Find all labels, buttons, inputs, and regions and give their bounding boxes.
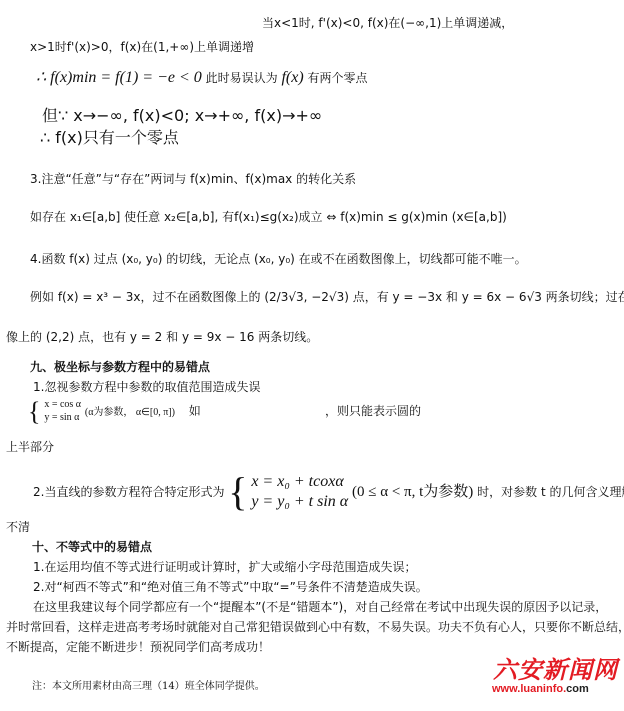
section-9-item-2-tail: 不清 — [6, 520, 30, 534]
eq-top: x = cos α — [44, 399, 81, 410]
section-9-item-1-title: 1.忽视参数方程中参数的取值范围造成失误 — [33, 380, 260, 394]
section-10-title: 十、不等式中的易错点 — [32, 540, 152, 554]
section-10-para-3: 不断提高，定能不断进步！预祝同学们高考成功！ — [6, 640, 270, 654]
footnote: 注：本文所用素材由高三理（14）班全体同学提供。 — [32, 681, 265, 693]
item-4: 4.函数 f(x) 过点 (x₀, y₀) 的切线，无论点 (x₀, y₀) 在… — [30, 252, 527, 266]
text: 2.当直线的参数方程符合特定形式为 — [33, 485, 224, 499]
text: 3.注意“任意”与“存在”两词与 f(x)min、f(x)max 的转化关系 — [30, 172, 356, 186]
math-min: ∴ f(x)min = f(1) = −e < 0 — [36, 69, 202, 86]
section-10-item-2: 2.对“柯西不等式”和“绝对值三角不等式”中取“=”号条件不清楚造成失误。 — [33, 580, 428, 594]
line-min-value: ∴ f(x)min = f(1) = −e < 0 此时易误认为 f(x) 有两… — [36, 68, 368, 87]
section-10-item-1: 1.在运用均值不等式进行证明或计算时，扩大或缩小字母范围造成失误； — [33, 560, 416, 574]
section-9-item-1-tail2: 上半部分 — [6, 440, 54, 454]
url-part: com — [566, 683, 589, 695]
line-increasing: x>1时f'(x)>0，f(x)在(1,+∞)上单调递增 — [30, 40, 254, 54]
brace-icon: { — [228, 469, 247, 514]
condition: (α为参数， α∈[0, π]) — [85, 407, 175, 418]
section-9-item-1-eq: { x = cos α y = sin α (α为参数， α∈[0, π]) 如 — [28, 396, 201, 427]
line-one-zero: ∴ f(x)只有一个零点 — [40, 128, 179, 147]
text: 例如 f(x) = x³ − 3x，过不在函数图像上的 (2/3√3, −2√3… — [30, 290, 624, 304]
item-3-example: 如存在 x₁∈[a,b] 使任意 x₂∈[a,b], 有f(x₁)≤g(x₂)成… — [30, 210, 507, 224]
eq-top: x = x₀ + tcoxα — [251, 473, 343, 490]
condition: (0 ≤ α < π, t为参数) — [352, 484, 473, 500]
text: 4.函数 f(x) 过点 (x₀, y₀) 的切线，无论点 (x₀, y₀) 在… — [30, 252, 527, 266]
eq-bottom: y = y₀ + t sin α — [251, 493, 348, 510]
item-4-example-a: 例如 f(x) = x³ − 3x，过不在函数图像上的 (2/3√3, −2√3… — [30, 290, 624, 304]
line-decreasing: 当x<1时, f'(x)<0, f(x)在(−∞,1)上单调递减， — [262, 16, 513, 30]
text: 像上的 (2,2) 点，也有 y = 2 和 y = 9x − 16 两条切线。 — [6, 330, 318, 344]
item-4-example-b: 像上的 (2,2) 点，也有 y = 2 和 y = 9x − 16 两条切线。 — [6, 330, 318, 344]
line-limits: 但∵ x→−∞, f(x)<0; x→+∞, f(x)→+∞ — [42, 106, 322, 125]
section-9-title: 九、极坐标与参数方程中的易错点 — [30, 360, 210, 374]
watermark-url: www.luaninfo.com — [492, 683, 589, 695]
section-9-item-1-tail: ，则只能表示圆的 — [325, 404, 421, 418]
watermark-logo: 六安新闻网 — [493, 650, 618, 685]
section-10-para-2: 并时常回看，这样走进高考考场时就能对自己常犯错误做到心中有数，不易失误。功夫不负… — [6, 620, 624, 634]
text: 如 — [189, 404, 201, 418]
equation-system: x = cos α y = sin α — [44, 399, 81, 424]
equation-system: x = x₀ + tcoxα y = y₀ + t sin α — [251, 472, 348, 512]
text: 有两个零点 — [307, 71, 367, 85]
text: 当x<1时, f'(x)<0, f(x)在(−∞,1)上单调递减， — [262, 16, 513, 30]
eq-bottom: y = sin α — [44, 412, 79, 423]
math-fx: f(x) — [281, 69, 303, 86]
text: 但∵ x→−∞, f(x)<0; x→+∞, f(x)→+∞ — [42, 106, 322, 125]
text: ∴ f(x)只有一个零点 — [40, 128, 179, 147]
section-9-item-2: 2.当直线的参数方程符合特定形式为 { x = x₀ + tcoxα y = y… — [33, 468, 624, 516]
text: x>1时f'(x)>0，f(x)在(1,+∞)上单调递增 — [30, 40, 254, 54]
section-10-para-1: 在这里我建议每个同学都应有一个“提醒本”(不是“错题本”)，对自己经常在考试中出… — [33, 600, 607, 614]
url-part: www.luaninfo. — [492, 683, 566, 695]
brace-icon: { — [28, 397, 40, 426]
text: 时，对参数 t 的几何含义理解 — [477, 485, 624, 499]
item-3: 3.注意“任意”与“存在”两词与 f(x)min、f(x)max 的转化关系 — [30, 172, 356, 186]
text: 此时易误认为 — [206, 71, 278, 85]
text: 如存在 x₁∈[a,b] 使任意 x₂∈[a,b], 有f(x₁)≤g(x₂)成… — [30, 210, 507, 224]
